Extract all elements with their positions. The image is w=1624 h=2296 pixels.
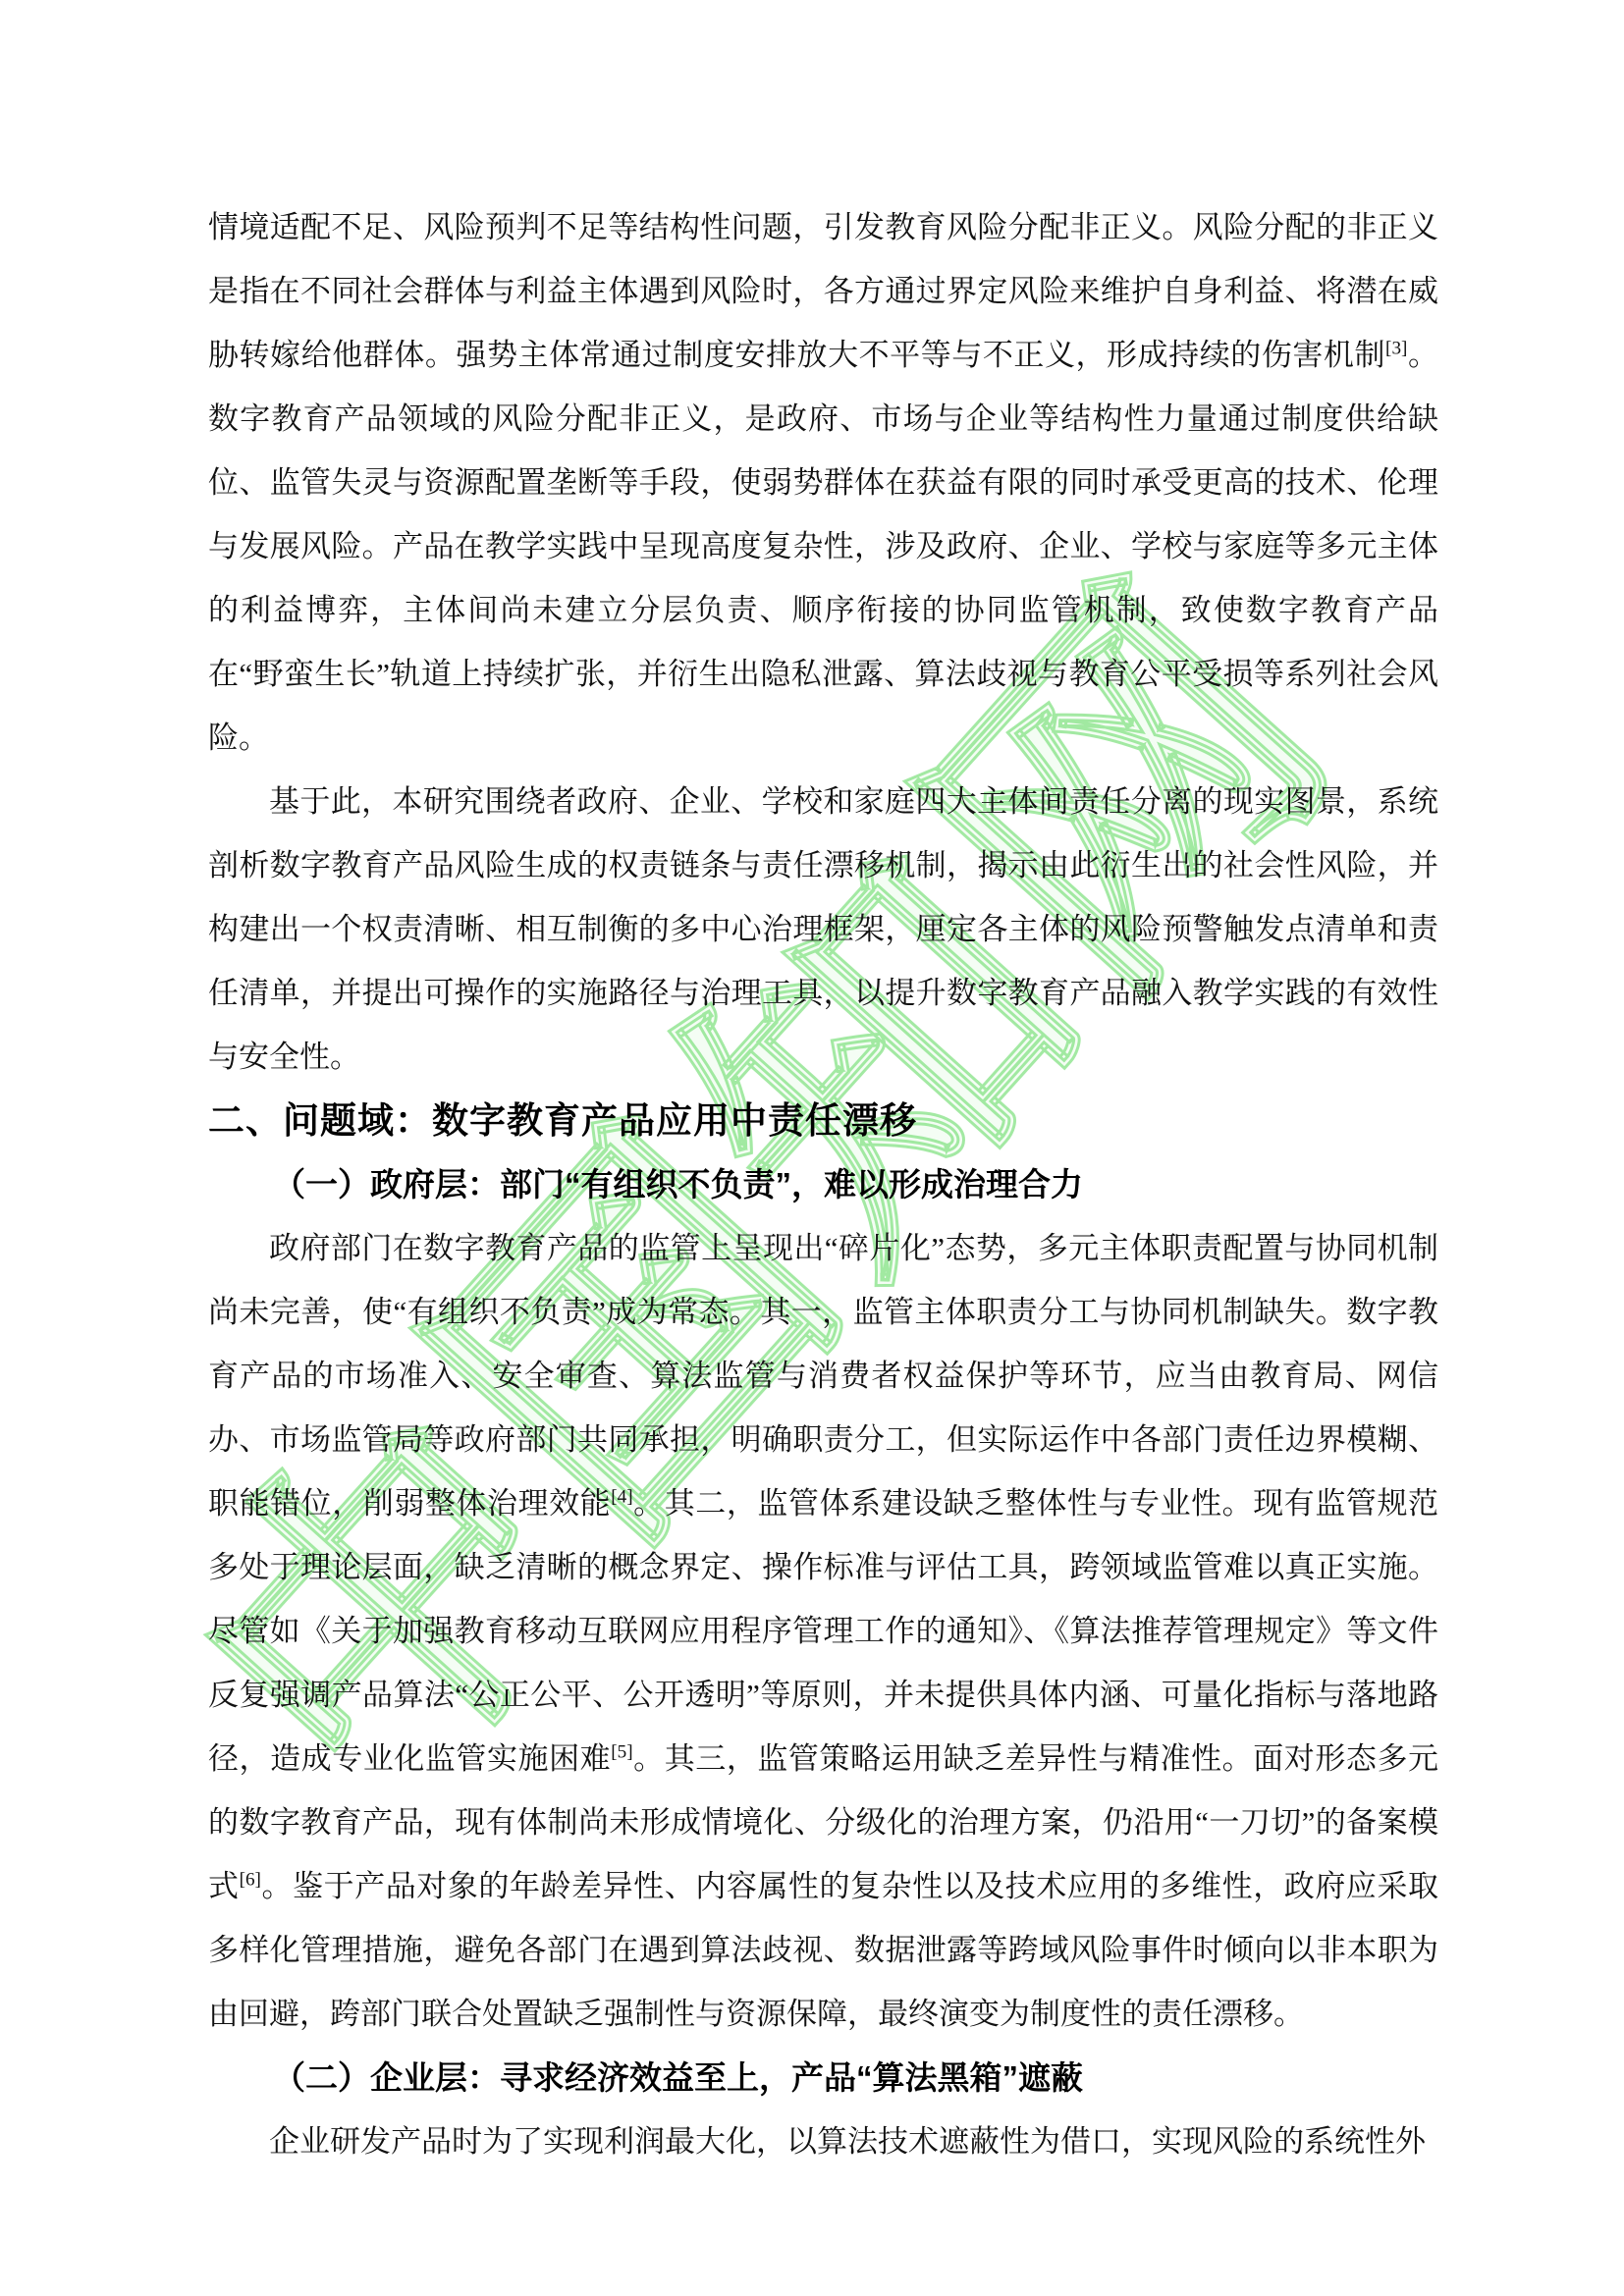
citation-superscript: [5] xyxy=(611,1742,632,1763)
citation-superscript: [4] xyxy=(611,1487,632,1508)
document-body: 情境适配不足、风险预判不足等结构性问题，引发教育风险分配非正义。风险分配的非正义… xyxy=(208,195,1438,2173)
paragraph: 政府部门在数字教育产品的监管上呈现出“碎片化”态势，多元主体职责配置与协同机制尚… xyxy=(208,1216,1438,2046)
paragraph: 企业研发产品时为了实现利润最大化，以算法技术遮蔽性为借口，实现风险的系统性外 xyxy=(208,2109,1438,2173)
section-heading: 二、问题域：数字教育产品应用中责任漂移 xyxy=(208,1089,1438,1152)
paragraph: 情境适配不足、风险预判不足等结构性问题，引发教育风险分配非正义。风险分配的非正义… xyxy=(208,195,1438,770)
paragraph: 基于此，本研究围绕者政府、企业、学校和家庭四大主体间责任分离的现实图景，系统剖析… xyxy=(208,770,1438,1089)
subsection-heading: （二）企业层：寻求经济效益至上，产品“算法黑箱”遮蔽 xyxy=(208,2046,1438,2109)
citation-superscript: [3] xyxy=(1385,339,1407,359)
document-page: 中国知网 情境适配不足、风险预判不足等结构性问题，引发教育风险分配非正义。风险分… xyxy=(0,0,1624,2296)
citation-superscript: [6] xyxy=(240,1870,261,1891)
subsection-heading: （一）政府层：部门“有组织不负责”，难以形成治理合力 xyxy=(208,1152,1438,1216)
